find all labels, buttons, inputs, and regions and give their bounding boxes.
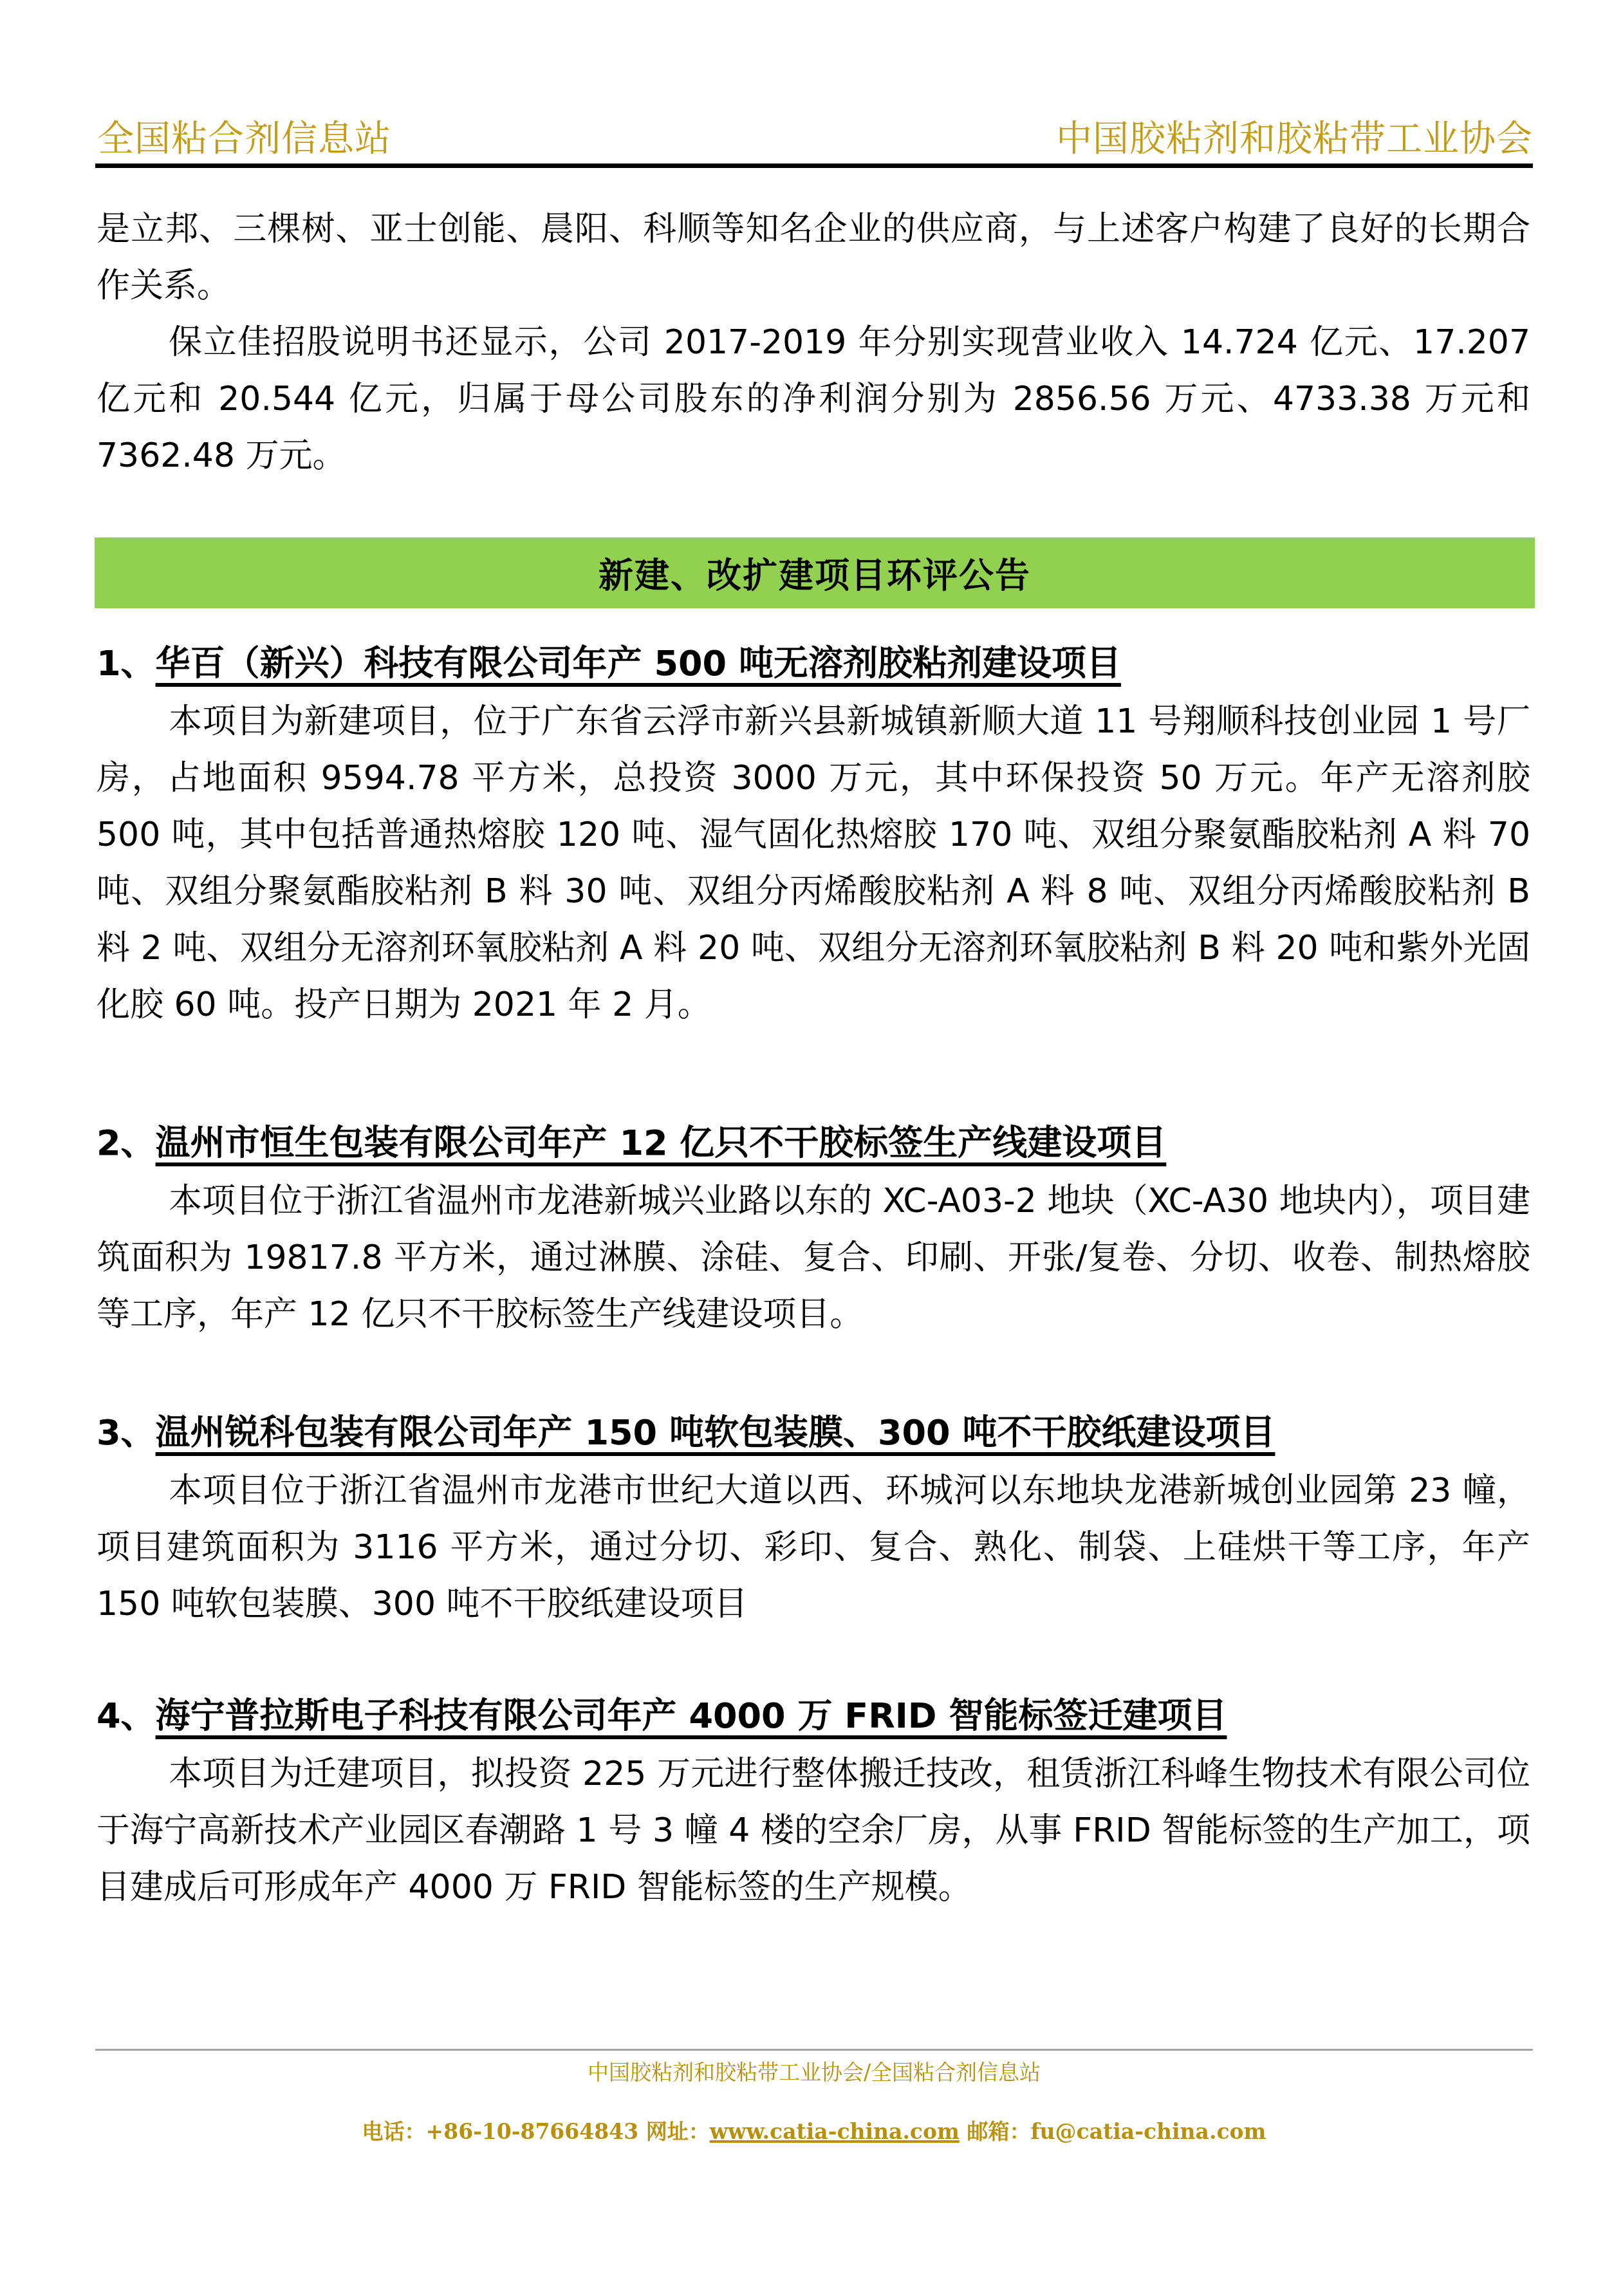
website-link[interactable]: www.catia-china.com [710,2119,960,2144]
phone-number: +86-10-87664843 [426,2119,639,2144]
project-title: 海宁普拉斯电子科技有限公司年产 4000 万 FRID 智能标签迁建项目 [156,1695,1227,1736]
footer-contact-line: 电话：+86-10-87664843 网址：www.catia-china.co… [95,2116,1533,2148]
project-number: 3、 [97,1403,156,1462]
header-divider [95,163,1533,168]
section-banner: 新建、改扩建项目环评公告 [95,537,1535,608]
project-body: 本项目为新建项目，位于广东省云浮市新兴县新城镇新顺大道 11 号翔顺科技创业园 … [97,693,1530,1033]
email-label: 邮箱： [960,2119,1031,2144]
project-number: 4、 [97,1686,156,1746]
project-title: 温州锐科包装有限公司年产 150 吨软包装膜、300 吨不干胶纸建设项目 [156,1412,1275,1453]
project-body: 本项目位于浙江省温州市龙港市世纪大道以西、环城河以东地块龙港新城创业园第 23 … [97,1462,1530,1632]
header-association-name: 中国胶粘剂和胶粘带工业协会 [1056,116,1533,162]
project-heading: 3、温州锐科包装有限公司年产 150 吨软包装膜、300 吨不干胶纸建设项目 [97,1403,1530,1462]
project-body: 本项目位于浙江省温州市龙港新城兴业路以东的 XC-A03-2 地块（XC-A30… [97,1173,1530,1343]
project-title: 华百（新兴）科技有限公司年产 500 吨无溶剂胶粘剂建设项目 [156,643,1121,684]
banner-title: 新建、改扩建项目环评公告 [598,548,1031,598]
project-section-1: 1、华百（新兴）科技有限公司年产 500 吨无溶剂胶粘剂建设项目 本项目为新建项… [97,634,1530,1033]
project-heading: 2、温州市恒生包装有限公司年产 12 亿只不干胶标签生产线建设项目 [97,1114,1530,1173]
intro-paragraph-1: 是立邦、三棵树、亚士创能、晨阳、科顺等知名企业的供应商，与上述客户构建了良好的长… [97,201,1530,314]
project-body: 本项目为迁建项目，拟投资 225 万元进行整体搬迁技改，租赁浙江科峰生物技术有限… [97,1746,1530,1916]
intro-text: 是立邦、三棵树、亚士创能、晨阳、科顺等知名企业的供应商，与上述客户构建了良好的长… [97,201,1530,484]
project-number: 2、 [97,1114,156,1173]
footer-org-line: 中国胶粘剂和胶粘带工业协会/全国粘合剂信息站 [95,2057,1533,2089]
project-section-2: 2、温州市恒生包装有限公司年产 12 亿只不干胶标签生产线建设项目 本项目位于浙… [97,1114,1530,1343]
project-title: 温州市恒生包装有限公司年产 12 亿只不干胶标签生产线建设项目 [156,1123,1167,1163]
header-site-name: 全国粘合剂信息站 [98,116,391,162]
project-heading: 1、华百（新兴）科技有限公司年产 500 吨无溶剂胶粘剂建设项目 [97,634,1530,693]
project-number: 1、 [97,634,156,693]
project-heading: 4、海宁普拉斯电子科技有限公司年产 4000 万 FRID 智能标签迁建项目 [97,1686,1530,1746]
intro-paragraph-2: 保立佳招股说明书还显示，公司 2017-2019 年分别实现营业收入 14.72… [97,314,1530,484]
website-label: 网址： [638,2119,710,2144]
page-footer: 中国胶粘剂和胶粘带工业协会/全国粘合剂信息站 电话：+86-10-8766484… [95,2057,1533,2148]
footer-divider [95,2049,1533,2051]
project-section-4: 4、海宁普拉斯电子科技有限公司年产 4000 万 FRID 智能标签迁建项目 本… [97,1686,1530,1916]
page-header: 全国粘合剂信息站 中国胶粘剂和胶粘带工业协会 [95,116,1533,167]
phone-label: 电话： [362,2119,426,2144]
email-address[interactable]: fu@catia-china.com [1030,2119,1266,2144]
project-section-3: 3、温州锐科包装有限公司年产 150 吨软包装膜、300 吨不干胶纸建设项目 本… [97,1403,1530,1632]
